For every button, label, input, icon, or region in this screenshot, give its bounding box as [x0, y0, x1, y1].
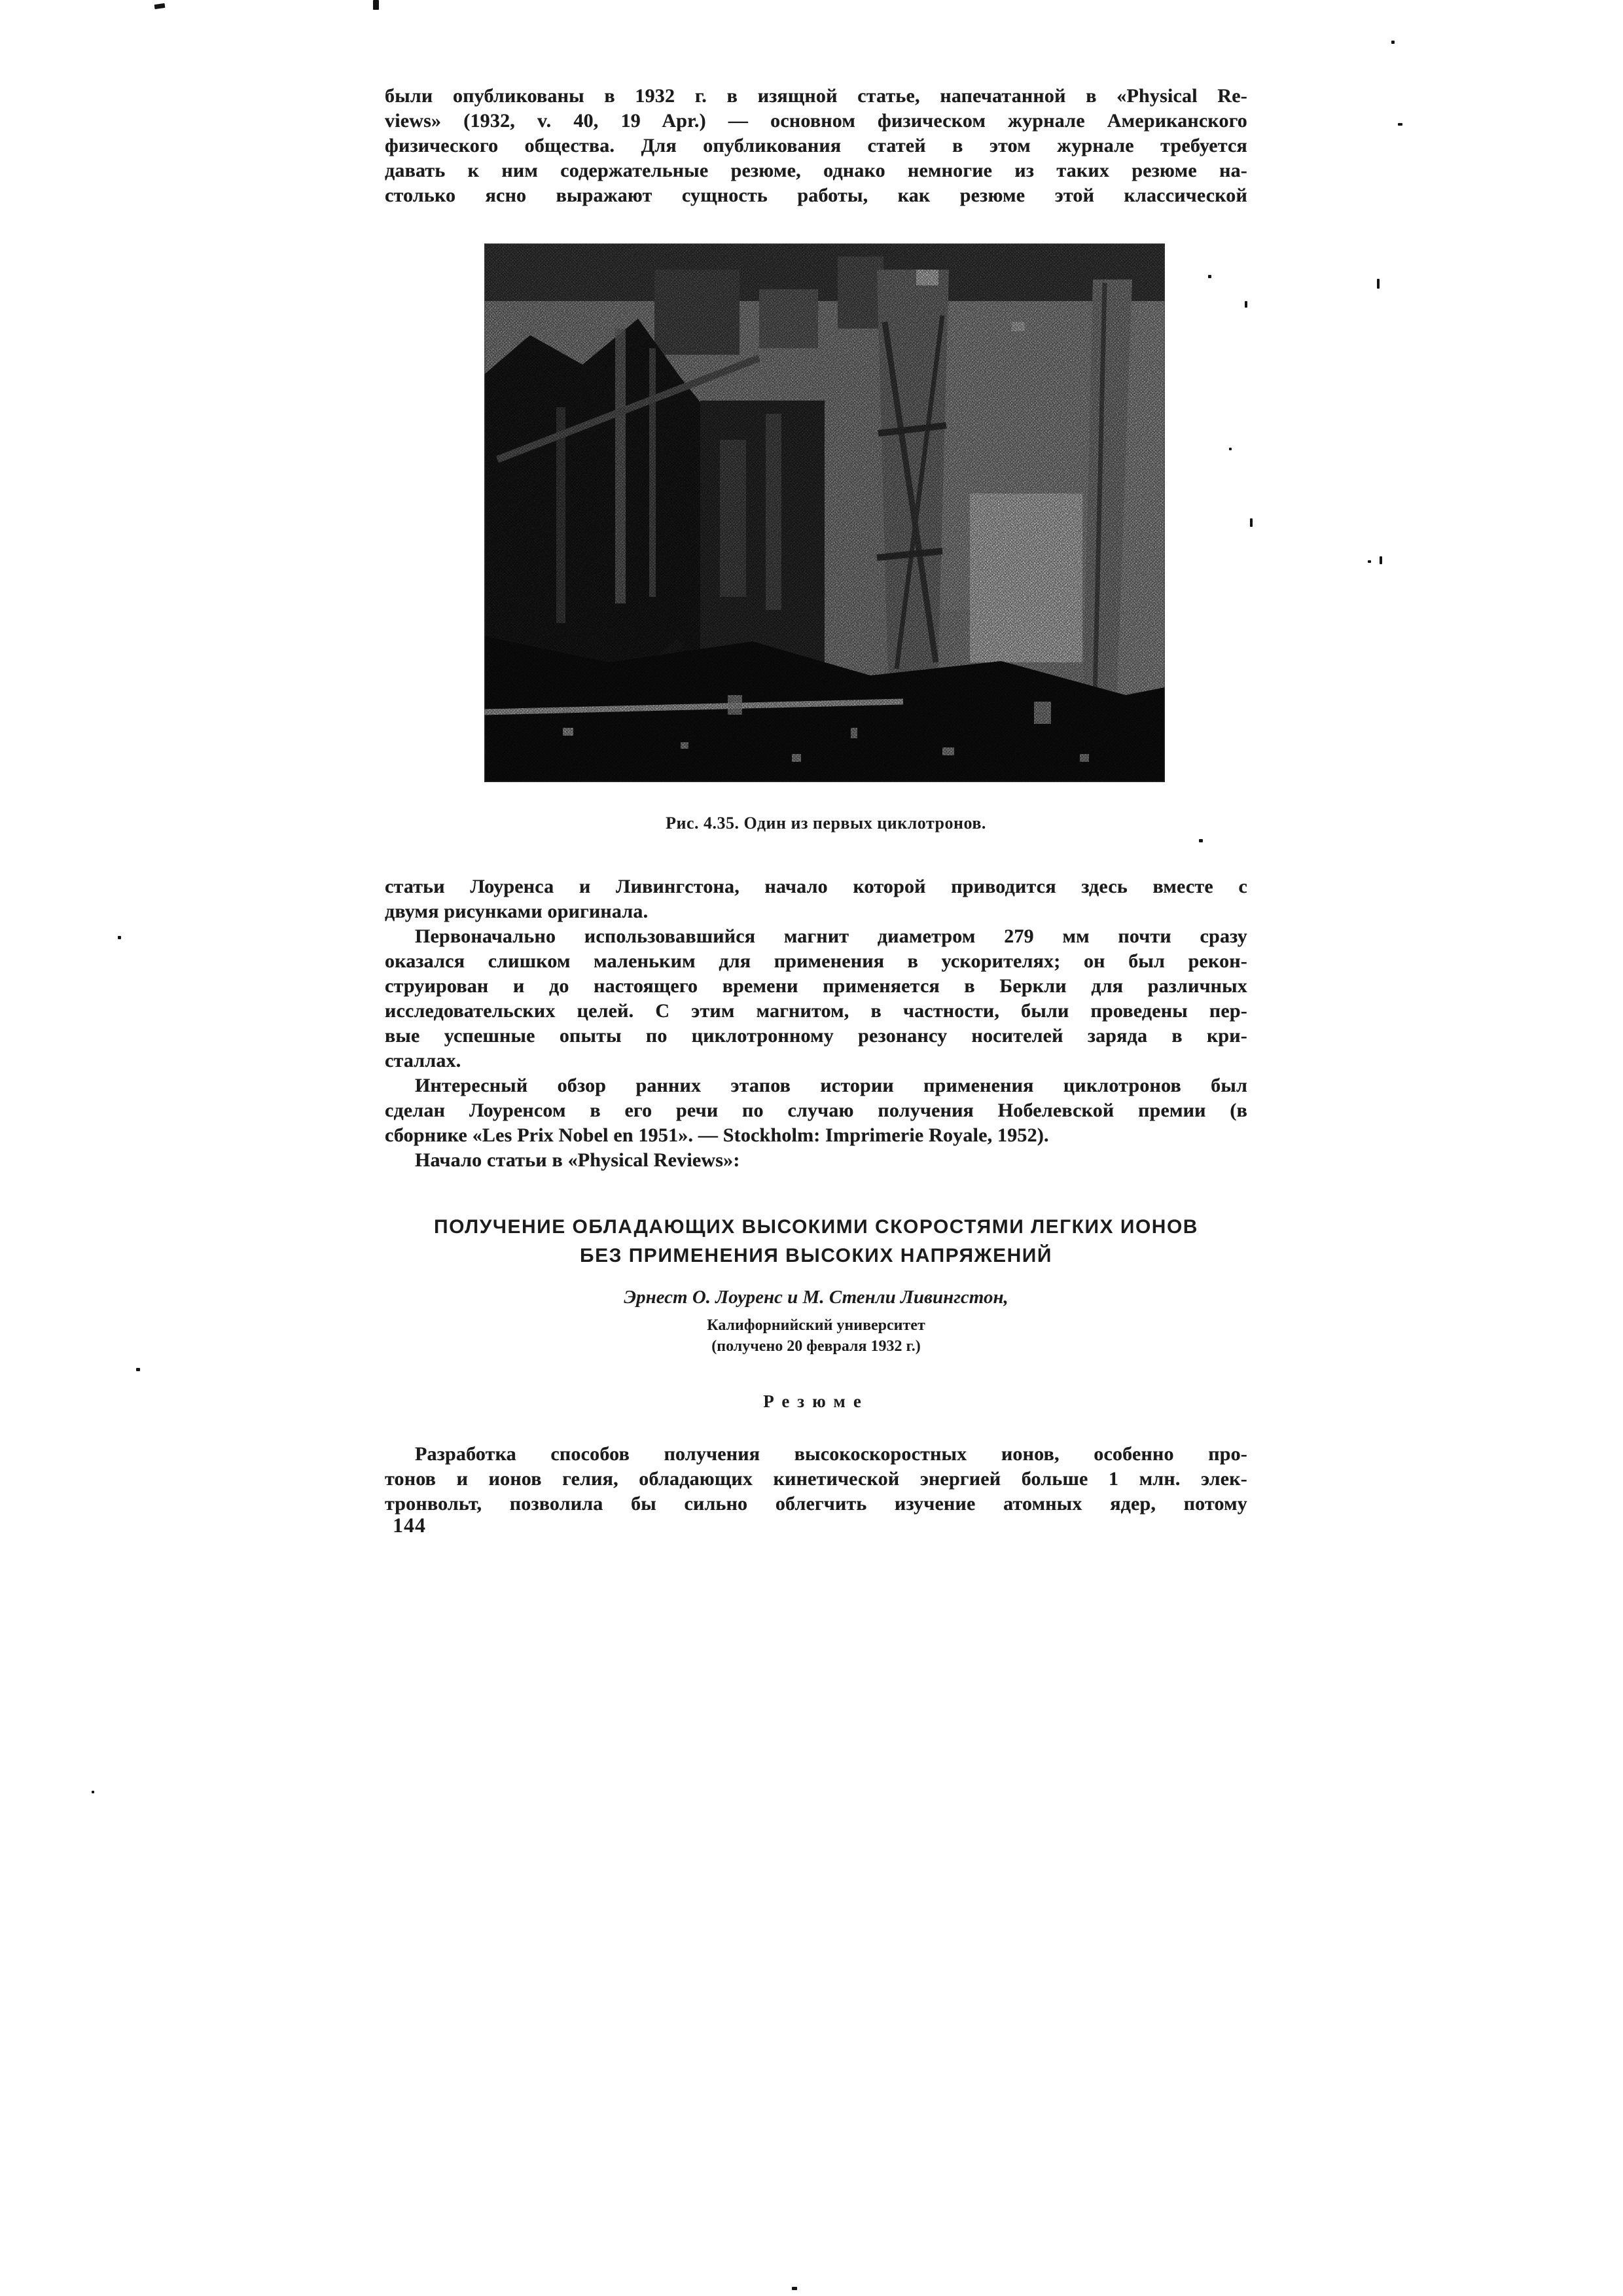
abstract-paragraph: Разработка способов получения высокоскор… — [385, 1442, 1247, 1516]
scan-speckle — [136, 1368, 140, 1371]
text-line: Начало статьи в «Physical Reviews»: — [385, 1148, 1247, 1173]
scan-speckle — [1377, 279, 1380, 289]
scan-speckle — [1229, 448, 1232, 450]
text-line: Разработка способов получения высокоскор… — [385, 1442, 1247, 1467]
intro-paragraph: были опубликованы в 1932 г. в изящной ст… — [385, 84, 1247, 208]
text-line: views» (1932, v. 40, 19 Apr.) — основном… — [385, 109, 1247, 134]
scan-speckle — [1380, 556, 1382, 564]
text-line: оказался слишком маленьким для применени… — [385, 949, 1247, 974]
scan-speckle — [1199, 839, 1203, 842]
figure-photo — [484, 243, 1165, 782]
text-line: сборнике «Les Prix Nobel en 1951». — Sto… — [385, 1123, 1247, 1148]
text-line: столько ясно выражают сущность работы, к… — [385, 183, 1247, 208]
text-line: тронвольт, позволила бы сильно облегчить… — [385, 1492, 1247, 1516]
article-title-line1: ПОЛУЧЕНИЕ ОБЛАДАЮЩИХ ВЫСОКИМИ СКОРОСТЯМИ… — [385, 1216, 1247, 1238]
section-heading-rezume: Резюме — [385, 1391, 1247, 1412]
scan-speckle — [1368, 560, 1371, 563]
text-line: сделан Лоуренсом в его речи по случаю по… — [385, 1098, 1247, 1123]
article-title-line2: БЕЗ ПРИМЕНЕНИЯ ВЫСОКИХ НАПРЯЖЕНИЙ — [385, 1245, 1247, 1267]
article-received-date: (получено 20 февраля 1932 г.) — [385, 1338, 1247, 1355]
scan-speckle — [154, 3, 166, 9]
page-number: 144 — [393, 1513, 426, 1537]
scan-speckle — [1208, 275, 1211, 278]
text-line: струирован и до настоящего времени приме… — [385, 974, 1247, 999]
scan-speckle — [1250, 518, 1253, 527]
article-authors: Эрнест О. Лоуренс и М. Стенли Ливингстон… — [385, 1287, 1247, 1308]
scan-speckle — [373, 0, 379, 10]
article-affiliation: Калифорнийский университет — [385, 1317, 1247, 1335]
text-line: Интересный обзор ранних этапов истории п… — [385, 1073, 1247, 1098]
text-line: давать к ним содержательные резюме, одна… — [385, 158, 1247, 183]
body-text: статьи Лоуренса и Ливингстона, начало ко… — [385, 874, 1247, 1173]
scan-speckle — [1245, 301, 1247, 308]
text-line: исследовательских целей. С этим магнитом… — [385, 999, 1247, 1024]
text-line: физического общества. Для опубликования … — [385, 134, 1247, 158]
text-line: тонов и ионов гелия, обладающих кинетиче… — [385, 1467, 1247, 1492]
figure-caption: Рис. 4.35. Один из первых циклотронов. — [385, 814, 1267, 833]
scan-speckle — [118, 936, 121, 939]
book-page: были опубликованы в 1932 г. в изящной ст… — [0, 0, 1623, 2296]
scan-speckle — [1398, 123, 1402, 126]
text-line: вые успешные опыты по циклотронному резо… — [385, 1024, 1247, 1049]
text-line: сталлах. — [385, 1049, 1247, 1073]
text-line: были опубликованы в 1932 г. в изящной ст… — [385, 84, 1247, 109]
scan-speckle — [92, 1791, 94, 1793]
scan-speckle — [1391, 41, 1395, 44]
text-line: статьи Лоуренса и Ливингстона, начало ко… — [385, 874, 1247, 899]
text-line: двумя рисунками оригинала. — [385, 899, 1247, 924]
text-line: Первоначально использовавшийся магнит ди… — [385, 924, 1247, 949]
scan-speckle — [792, 2287, 797, 2290]
